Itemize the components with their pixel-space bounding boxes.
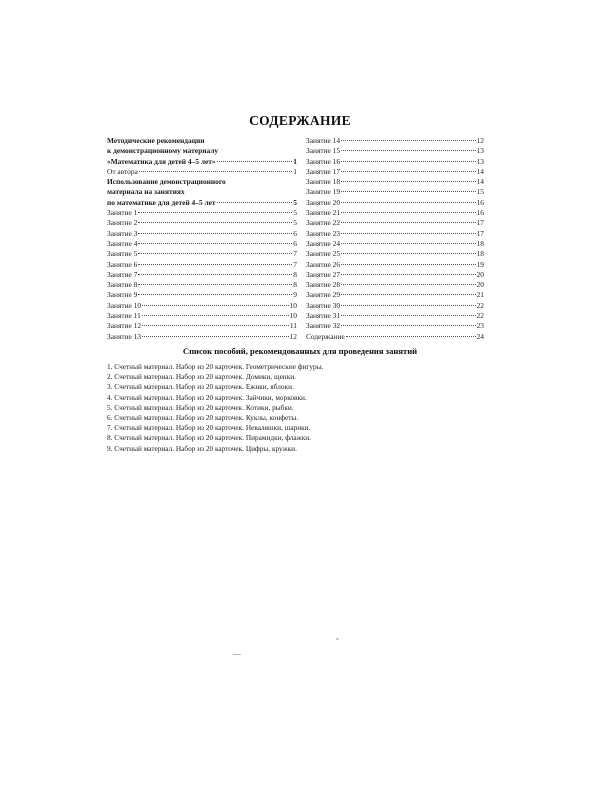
materials-list-item: 2. Счетный материал. Набор из 20 карточе…: [107, 372, 507, 382]
toc-entry-page: 18: [477, 249, 484, 259]
toc-entry: Методические рекомендации: [107, 136, 297, 146]
toc-entry-label: Занятие 3: [107, 229, 137, 239]
dot-leader: [138, 253, 292, 254]
materials-list-item: 6. Счетный материал. Набор из 20 карточе…: [107, 413, 507, 423]
toc-entry-label: Занятие 5: [107, 249, 137, 259]
toc-entry-label: Занятие 14: [306, 136, 340, 146]
toc-entry-page: 19: [477, 260, 484, 270]
toc-entry-page: 14: [477, 167, 484, 177]
dot-leader: [341, 253, 476, 254]
scan-artifact: [336, 638, 339, 640]
toc-entry-label: Занятие 16: [306, 157, 340, 167]
toc-entry-label: Занятие 24: [306, 239, 340, 249]
dot-leader: [138, 212, 292, 213]
dot-leader: [341, 171, 476, 172]
toc-entry-page: 12: [290, 332, 297, 342]
toc-entry-label: Занятие 26: [306, 260, 340, 270]
toc-entry-page: 1: [293, 157, 297, 167]
materials-list-item: 4. Счетный материал. Набор из 20 карточе…: [107, 393, 507, 403]
toc-entry-page: 7: [293, 260, 297, 270]
dot-leader: [341, 315, 476, 316]
toc-entry-label: Методические рекомендации: [107, 136, 205, 146]
dot-leader: [138, 284, 292, 285]
toc-entry: Занятие 2518: [306, 249, 484, 259]
toc-entry-label: Занятие 6: [107, 260, 137, 270]
materials-list-item: 1. Счетный материал. Набор из 20 карточе…: [107, 362, 507, 372]
toc-entry: Занятие 99: [107, 290, 297, 300]
document-page: СОДЕРЖАНИЕ Методические рекомендациик де…: [0, 0, 600, 800]
toc-entry: Занятие 1714: [306, 167, 484, 177]
toc-entry: Занятие 36: [107, 229, 297, 239]
toc-entry: Занятие 1110: [107, 311, 297, 321]
toc-entry: Использование демонстрационного: [107, 177, 297, 187]
toc-entry: Занятие 1513: [306, 146, 484, 156]
dot-leader: [341, 222, 476, 223]
dot-leader: [341, 191, 476, 192]
toc-entry-label: Занятие 1: [107, 208, 137, 218]
toc-entry-page: 8: [293, 280, 297, 290]
toc-entry: Занятие 1915: [306, 187, 484, 197]
toc-entry-page: 21: [477, 290, 484, 300]
dot-leader: [142, 305, 289, 306]
toc-entry-label: Занятие 25: [306, 249, 340, 259]
toc-entry-page: 6: [293, 229, 297, 239]
materials-list: 1. Счетный материал. Набор из 20 карточе…: [107, 362, 507, 454]
toc-entry-label: «Математика для детей 4–5 лет»: [107, 157, 216, 167]
toc-entry-page: 14: [477, 177, 484, 187]
toc-entry: Занятие 2116: [306, 208, 484, 218]
toc-entry-label: Занятие 29: [306, 290, 340, 300]
dot-leader: [341, 233, 476, 234]
toc-entry-page: 20: [477, 270, 484, 280]
toc-entry-label: Занятие 23: [306, 229, 340, 239]
toc-entry: Занятие 1412: [306, 136, 484, 146]
toc-entry-page: 11: [290, 321, 297, 331]
toc-entry-page: 24: [477, 332, 484, 342]
materials-heading: Список пособий, рекомендованных для пров…: [0, 346, 600, 356]
toc-entry-label: Занятие 7: [107, 270, 137, 280]
toc-entry: Занятие 2720: [306, 270, 484, 280]
toc-entry: Занятие 2820: [306, 280, 484, 290]
toc-entry: Занятие 15: [107, 208, 297, 218]
materials-list-item: 3. Счетный материал. Набор из 20 карточе…: [107, 382, 507, 392]
toc-entry-label: Содержание: [306, 332, 345, 342]
toc-entry-page: 6: [293, 239, 297, 249]
materials-list-item: 8. Счетный материал. Набор из 20 карточе…: [107, 433, 507, 443]
scan-artifact: [233, 654, 241, 655]
dot-leader: [138, 222, 292, 223]
toc-entry-page: 23: [477, 321, 484, 331]
toc-entry-page: 10: [290, 311, 297, 321]
toc-entry: Занятие 2619: [306, 260, 484, 270]
toc-entry: От автора1: [107, 167, 297, 177]
toc-entry-page: 18: [477, 239, 484, 249]
toc-entry-label: Занятие 11: [107, 311, 141, 321]
toc-entry-page: 17: [477, 218, 484, 228]
dot-leader: [138, 243, 292, 244]
dot-leader: [341, 140, 476, 141]
toc-entry-label: Занятие 21: [306, 208, 340, 218]
toc-entry-label: Занятие 13: [107, 332, 141, 342]
dot-leader: [341, 161, 476, 162]
dot-leader: [341, 264, 476, 265]
toc-entry: Занятие 57: [107, 249, 297, 259]
toc-entry-label: Занятие 31: [306, 311, 340, 321]
toc-entry-label: Занятие 2: [107, 218, 137, 228]
dot-leader: [341, 243, 476, 244]
toc-entry-page: 12: [477, 136, 484, 146]
dot-leader: [142, 315, 289, 316]
toc-entry-label: Занятие 9: [107, 290, 137, 300]
toc-entry-page: 5: [293, 218, 297, 228]
dot-leader: [142, 336, 289, 337]
toc-entry-label: Занятие 12: [107, 321, 141, 331]
toc-entry: Занятие 1211: [107, 321, 297, 331]
materials-list-item: 9. Счетный материал. Набор из 20 карточе…: [107, 444, 507, 454]
toc-entry: Занятие 3223: [306, 321, 484, 331]
toc-entry-label: Занятие 22: [306, 218, 340, 228]
toc-entry: Занятие 2317: [306, 229, 484, 239]
toc-entry-page: 17: [477, 229, 484, 239]
dot-leader: [341, 284, 476, 285]
toc-entry: Занятие 1814: [306, 177, 484, 187]
toc-entry-label: Использование демонстрационного: [107, 177, 226, 187]
materials-list-item: 7. Счетный материал. Набор из 20 карточе…: [107, 423, 507, 433]
dot-leader: [341, 274, 476, 275]
toc-entry-label: Занятие 28: [306, 280, 340, 290]
dot-leader: [341, 305, 476, 306]
dot-leader: [341, 202, 476, 203]
dot-leader: [142, 325, 289, 326]
dot-leader: [138, 294, 292, 295]
toc-entry-page: 10: [290, 301, 297, 311]
toc-entry-page: 16: [477, 198, 484, 208]
toc-entry-page: 5: [293, 208, 297, 218]
toc-entry: Занятие 2418: [306, 239, 484, 249]
toc-right-column: Занятие 1412Занятие 1513Занятие 1613Заня…: [306, 136, 484, 342]
toc-entry-page: 7: [293, 249, 297, 259]
toc-entry-label: От автора: [107, 167, 138, 177]
toc-entry-label: Занятие 15: [306, 146, 340, 156]
toc-entry: «Математика для детей 4–5 лет»1: [107, 157, 297, 167]
toc-entry: Занятие 25: [107, 218, 297, 228]
toc-entry-page: 8: [293, 270, 297, 280]
dot-leader: [341, 181, 476, 182]
toc-entry-label: к демонстрационному материалу: [107, 146, 218, 156]
toc-entry: Занятие 3022: [306, 301, 484, 311]
dot-leader: [341, 150, 476, 151]
toc-entry-label: Занятие 20: [306, 198, 340, 208]
toc-entry: Занятие 2921: [306, 290, 484, 300]
toc-entry: к демонстрационному материалу: [107, 146, 297, 156]
toc-entry-label: Занятие 10: [107, 301, 141, 311]
dot-leader: [341, 212, 476, 213]
toc-entry: Занятие 88: [107, 280, 297, 290]
dot-leader: [138, 264, 292, 265]
dot-leader: [138, 274, 292, 275]
toc-entry-label: Занятие 32: [306, 321, 340, 331]
toc-entry: Содержание24: [306, 332, 484, 342]
toc-entry-page: 1: [293, 167, 297, 177]
dot-leader: [341, 294, 476, 295]
page-title: СОДЕРЖАНИЕ: [0, 113, 600, 129]
toc-left-column: Методические рекомендациик демонстрацион…: [107, 136, 297, 342]
toc-entry: Занятие 1613: [306, 157, 484, 167]
toc-entry-page: 5: [293, 198, 297, 208]
toc-entry-page: 15: [477, 187, 484, 197]
dot-leader: [139, 171, 292, 172]
toc-entry: Занятие 1010: [107, 301, 297, 311]
toc-entry: по математике для детей 4–5 лет5: [107, 198, 297, 208]
toc-entry: Занятие 67: [107, 260, 297, 270]
toc-entry: материала на занятиях: [107, 187, 297, 197]
toc-entry-page: 13: [477, 157, 484, 167]
toc-entry: Занятие 46: [107, 239, 297, 249]
toc-entry: Занятие 2016: [306, 198, 484, 208]
toc-entry-label: Занятие 27: [306, 270, 340, 280]
materials-list-item: 5. Счетный материал. Набор из 20 карточе…: [107, 403, 507, 413]
toc-entry-page: 9: [293, 290, 297, 300]
toc-entry: Занятие 3122: [306, 311, 484, 321]
toc-entry-page: 22: [477, 301, 484, 311]
toc-entry-page: 20: [477, 280, 484, 290]
toc-entry-label: Занятие 4: [107, 239, 137, 249]
toc-entry: Занятие 78: [107, 270, 297, 280]
toc-entry: Занятие 1312: [107, 332, 297, 342]
toc-entry-label: по математике для детей 4–5 лет: [107, 198, 216, 208]
toc-entry-page: 16: [477, 208, 484, 218]
dot-leader: [138, 233, 292, 234]
dot-leader: [346, 336, 476, 337]
toc-entry-label: материала на занятиях: [107, 187, 185, 197]
toc-entry-page: 22: [477, 311, 484, 321]
toc-entry-label: Занятие 17: [306, 167, 340, 177]
toc-entry: Занятие 2217: [306, 218, 484, 228]
dot-leader: [217, 202, 293, 203]
toc-entry-label: Занятие 19: [306, 187, 340, 197]
toc-entry-page: 13: [477, 146, 484, 156]
dot-leader: [217, 161, 293, 162]
dot-leader: [341, 325, 476, 326]
toc-entry-label: Занятие 18: [306, 177, 340, 187]
toc-entry-label: Занятие 8: [107, 280, 137, 290]
toc-entry-label: Занятие 30: [306, 301, 340, 311]
